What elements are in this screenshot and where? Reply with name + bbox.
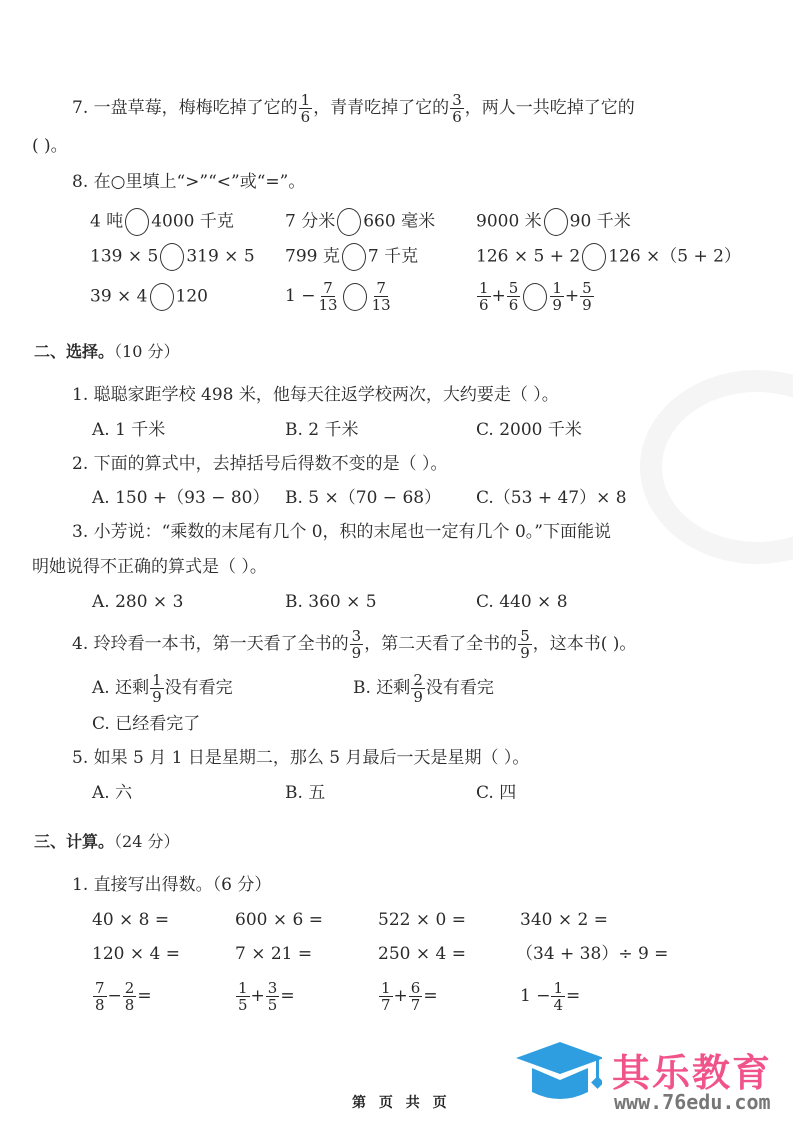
- answer-blank[interactable]: ( )。: [32, 134, 68, 158]
- subquestion-label: 1. 直接写出得数。（6 分）: [72, 873, 271, 897]
- calc-item: 40 × 8 =: [92, 908, 169, 932]
- option-b[interactable]: B. 5 ×（70 − 68）: [285, 486, 441, 510]
- calc-item: 1 −14=: [520, 980, 580, 1013]
- compare-circle[interactable]: [544, 208, 568, 236]
- compare-item: 9000 米90 千米: [476, 208, 631, 236]
- calc-item: 250 × 4 =: [378, 942, 466, 966]
- compare-circle[interactable]: [523, 283, 547, 311]
- calc-item: （34 + 38）÷ 9 =: [516, 942, 668, 966]
- fraction: 36: [450, 92, 464, 125]
- option-a[interactable]: A. 280 × 3: [92, 590, 183, 614]
- calc-item: 340 × 2 =: [520, 908, 608, 932]
- compare-circle[interactable]: [342, 243, 366, 271]
- compare-circle[interactable]: [582, 243, 606, 271]
- background-watermark: [640, 370, 793, 564]
- question-7: 7. 一盘草莓，梅梅吃掉了它的16，青青吃掉了它的36，两人一共吃掉了它的: [72, 92, 635, 125]
- calc-item: 15+35=: [235, 980, 295, 1013]
- question-text: ，青青吃掉了它的: [313, 98, 449, 118]
- calc-item: 120 × 4 =: [92, 942, 180, 966]
- question-text: 1. 聪聪家距学校 498 米，他每天往返学校两次，大约要走（ ）。: [72, 383, 559, 407]
- compare-item: 139 × 5319 × 5: [90, 243, 255, 271]
- option-c[interactable]: C.（53 + 47）× 8: [476, 486, 627, 510]
- calc-item: 78−28=: [92, 980, 152, 1013]
- compare-circle[interactable]: [343, 283, 367, 311]
- option-a[interactable]: A. 1 千米: [92, 418, 165, 442]
- option-b[interactable]: B. 2 千米: [285, 418, 359, 442]
- calc-item: 7 × 21 =: [235, 942, 312, 966]
- question-text: 3. 小芳说：“乘数的末尾有几个 0，积的末尾也一定有几个 0。”下面能说: [72, 520, 611, 544]
- compare-item: 16+5619+59: [476, 280, 595, 313]
- question-text: 5. 如果 5 月 1 日是星期二，那么 5 月最后一天是星期（ ）。: [72, 746, 529, 770]
- option-a[interactable]: A. 六: [92, 781, 132, 805]
- question-8: 8. 在○里填上“>”“<”或“=”。: [72, 170, 305, 194]
- option-a[interactable]: A. 还剩19没有看完: [92, 672, 233, 705]
- section-heading: 三、计算。（24 分）: [34, 830, 179, 854]
- option-c[interactable]: C. 已经看完了: [92, 712, 200, 736]
- calc-item: 522 × 0 =: [378, 908, 466, 932]
- compare-circle[interactable]: [150, 283, 174, 311]
- question-text: 2. 下面的算式中，去掉括号后得数不变的是（ ）。: [72, 452, 448, 476]
- graduation-cap-icon: [512, 1040, 602, 1110]
- question-text: 一盘草莓，梅梅吃掉了它的: [94, 98, 298, 118]
- section-heading: 二、选择。（10 分）: [34, 340, 179, 364]
- option-b[interactable]: B. 360 × 5: [285, 590, 377, 614]
- compare-circle[interactable]: [125, 208, 149, 236]
- page-footer: 第 页 共 页: [352, 1092, 451, 1112]
- question-number: 7.: [72, 98, 88, 118]
- compare-item: 126 × 5 + 2126 ×（5 + 2）: [476, 243, 741, 271]
- calc-item: 17+67=: [378, 980, 438, 1013]
- logo-url: www.76edu.com: [614, 1090, 771, 1114]
- compare-item: 4 吨4000 千克: [90, 208, 234, 236]
- option-c[interactable]: C. 2000 千米: [476, 418, 582, 442]
- compare-item: 799 克7 千克: [285, 243, 418, 271]
- compare-circle[interactable]: [337, 208, 361, 236]
- option-b[interactable]: B. 五: [285, 781, 325, 805]
- calc-item: 600 × 6 =: [235, 908, 323, 932]
- option-a[interactable]: A. 150 +（93 − 80）: [92, 486, 270, 510]
- fraction: 16: [299, 92, 313, 125]
- question-text: 4. 玲玲看一本书，第一天看了全书的39，第二天看了全书的59，这本书( )。: [72, 628, 636, 661]
- question-text: ，两人一共吃掉了它的: [465, 98, 635, 118]
- question-number: 8.: [72, 172, 88, 192]
- question-text: 在○里填上“>”“<”或“=”。: [94, 172, 306, 192]
- option-c[interactable]: C. 四: [476, 781, 516, 805]
- option-b[interactable]: B. 还剩29没有看完: [353, 672, 494, 705]
- compare-circle[interactable]: [160, 243, 184, 271]
- option-c[interactable]: C. 440 × 8: [476, 590, 568, 614]
- compare-item: 39 × 4120: [90, 283, 208, 311]
- compare-item: 7 分米660 毫米: [285, 208, 435, 236]
- compare-item: 1 −713713: [285, 280, 394, 313]
- question-text: 明她说得不正确的算式是（ ）。: [32, 555, 267, 579]
- logo-name: 其乐教育: [612, 1042, 772, 1097]
